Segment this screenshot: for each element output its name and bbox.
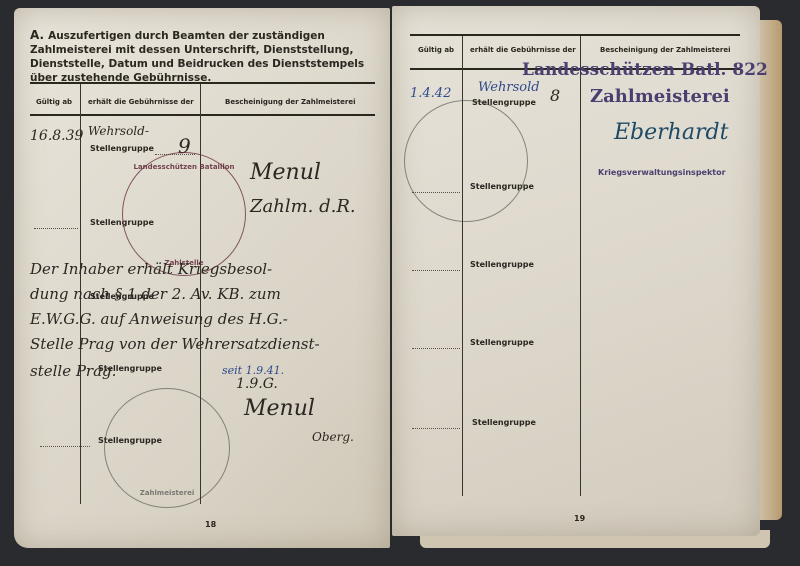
note-line-5: stelle Prag. (30, 362, 116, 380)
signature-title-stamp: Kriegsverwaltungsinspektor (598, 168, 726, 177)
instructions-text: Auszufertigen durch Beamten der zuständi… (30, 30, 364, 84)
round-stamp-zahlstelle: Landesschützen Bataillon Zahlstelle (122, 152, 246, 276)
valid-from-date: 16.8.39 (30, 128, 83, 144)
dotted-line (412, 348, 460, 349)
right-signature: Eberhardt (614, 120, 728, 145)
signature-1-title: Zahlm. d.R. (250, 196, 356, 217)
col-certification: Bescheinigung der Zahlmeisterei (600, 46, 730, 54)
dotted-line (34, 228, 78, 229)
violet-stamp-unit: Landesschützen Batl. 822 (522, 60, 768, 80)
col-valid-from: Gültig ab (418, 46, 454, 54)
col-pay-group: erhält die Gebührnisse der (470, 46, 576, 54)
right-valid-from-date: 1.4.42 (410, 86, 451, 101)
stellengruppe-label: Stellengruppe (470, 338, 534, 347)
stamp-text-top: Landesschützen Bataillon (123, 163, 245, 171)
dotted-line (40, 446, 90, 447)
page-number-19: 19 (574, 514, 585, 523)
col-certification: Bescheinigung der Zahlmeisterei (225, 98, 355, 106)
note-line-4: Stelle Prag von der Wehrersatzdienst- (30, 335, 320, 353)
violet-stamp-paymaster: Zahlmeisterei (590, 86, 730, 107)
note-line-2: dung nach § 1 der 2. Av. KB. zum (30, 285, 281, 303)
pay-group-handwritten: Wehrsold- (88, 124, 149, 138)
section-letter: A. (30, 28, 44, 42)
right-column-divider-2 (580, 36, 581, 496)
col-pay-group: erhält die Gebührnisse der (88, 98, 194, 106)
note-line-3: E.W.G.G. auf Anweisung des H.G.- (30, 310, 288, 328)
dotted-line (412, 270, 460, 271)
round-stamp-zahlmeisterei: Zahlmeisterei (104, 388, 230, 508)
instructions-header: A.Auszufertigen durch Beamten der zustän… (30, 28, 375, 85)
right-group-value: 8 (550, 86, 560, 105)
stellengruppe-label: Stellengruppe (90, 144, 154, 153)
right-header-rule-top (410, 34, 740, 36)
signature-2-title: Oberg. (312, 430, 354, 444)
signature-2: Menul (244, 396, 315, 421)
note-tail: 1.9.G. (236, 376, 278, 392)
col-valid-from: Gültig ab (36, 98, 72, 106)
stamp-text-bottom: Zahlmeisterei (105, 489, 229, 497)
signature-1: Menul (250, 160, 321, 185)
header-rule-bottom (30, 114, 375, 116)
note-line-1: Der Inhaber erhält Kriegsbesol- (30, 260, 272, 278)
page-number-18: 18 (205, 520, 216, 529)
dotted-line (412, 428, 460, 429)
stellengruppe-label: Stellengruppe (470, 260, 534, 269)
round-stamp-faded (404, 100, 528, 222)
right-pay-group-handwritten: Wehrsold (478, 80, 540, 95)
book-page-edges (760, 20, 782, 520)
header-rule-top (30, 82, 375, 84)
stellengruppe-label: Stellengruppe (472, 418, 536, 427)
